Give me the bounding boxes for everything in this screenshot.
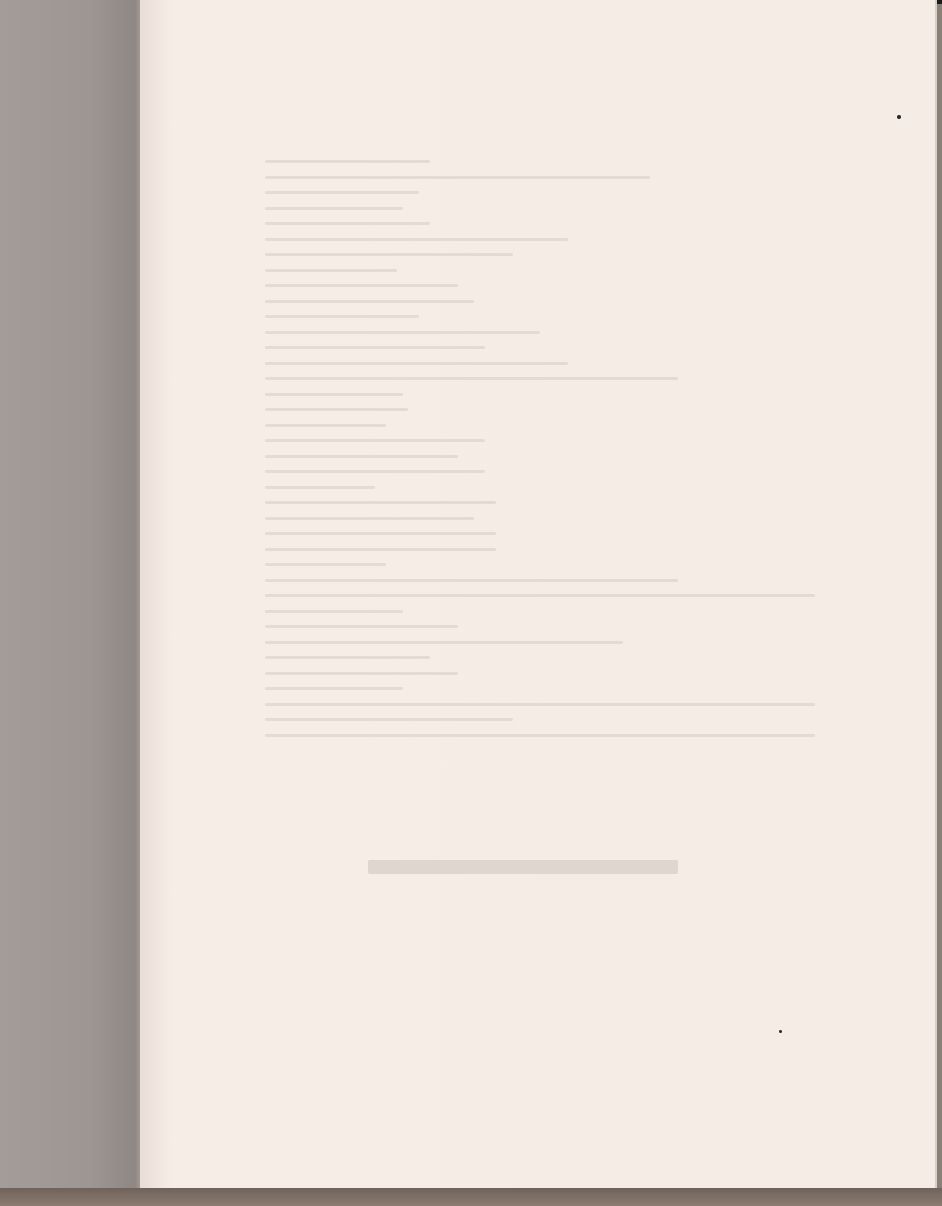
bleed-line — [265, 563, 386, 566]
bleed-line — [265, 176, 650, 179]
bleed-line — [265, 517, 474, 520]
bleed-line — [265, 718, 513, 721]
bleed-line — [265, 408, 408, 411]
bleed-line — [265, 532, 496, 535]
bleed-line — [265, 222, 430, 225]
bleed-line — [265, 269, 397, 272]
bleed-line — [265, 207, 403, 210]
paper-speck — [779, 1030, 782, 1033]
bleed-line — [265, 687, 403, 690]
book-cover-edge — [0, 0, 150, 1190]
bleed-line — [265, 455, 458, 458]
scan-bottom-edge — [0, 1188, 942, 1206]
bleed-line — [265, 424, 386, 427]
bleed-line — [265, 331, 540, 334]
bleed-line — [265, 300, 474, 303]
bleed-line — [265, 315, 419, 318]
bleed-line — [265, 191, 419, 194]
bleed-line — [265, 610, 403, 613]
bleed-line — [265, 393, 403, 396]
bleed-line — [265, 253, 513, 256]
bleed-line — [265, 362, 568, 365]
show-through-text — [265, 160, 815, 749]
bleed-line — [265, 439, 485, 442]
bleed-line — [265, 548, 496, 551]
show-through-heading — [368, 860, 678, 874]
paper-speck — [897, 115, 901, 119]
bleed-line — [265, 284, 458, 287]
bleed-line — [265, 641, 623, 644]
bleed-line — [265, 579, 678, 582]
bleed-line — [265, 703, 815, 706]
bleed-line — [265, 625, 458, 628]
bleed-line — [265, 501, 496, 504]
bleed-line — [265, 238, 568, 241]
bleed-line — [265, 160, 430, 163]
bleed-line — [265, 346, 485, 349]
bleed-line — [265, 377, 678, 380]
bleed-line — [265, 734, 815, 737]
bleed-line — [265, 486, 375, 489]
bleed-line — [265, 594, 815, 597]
bleed-line — [265, 656, 430, 659]
bleed-line — [265, 672, 458, 675]
bleed-line — [265, 470, 485, 473]
